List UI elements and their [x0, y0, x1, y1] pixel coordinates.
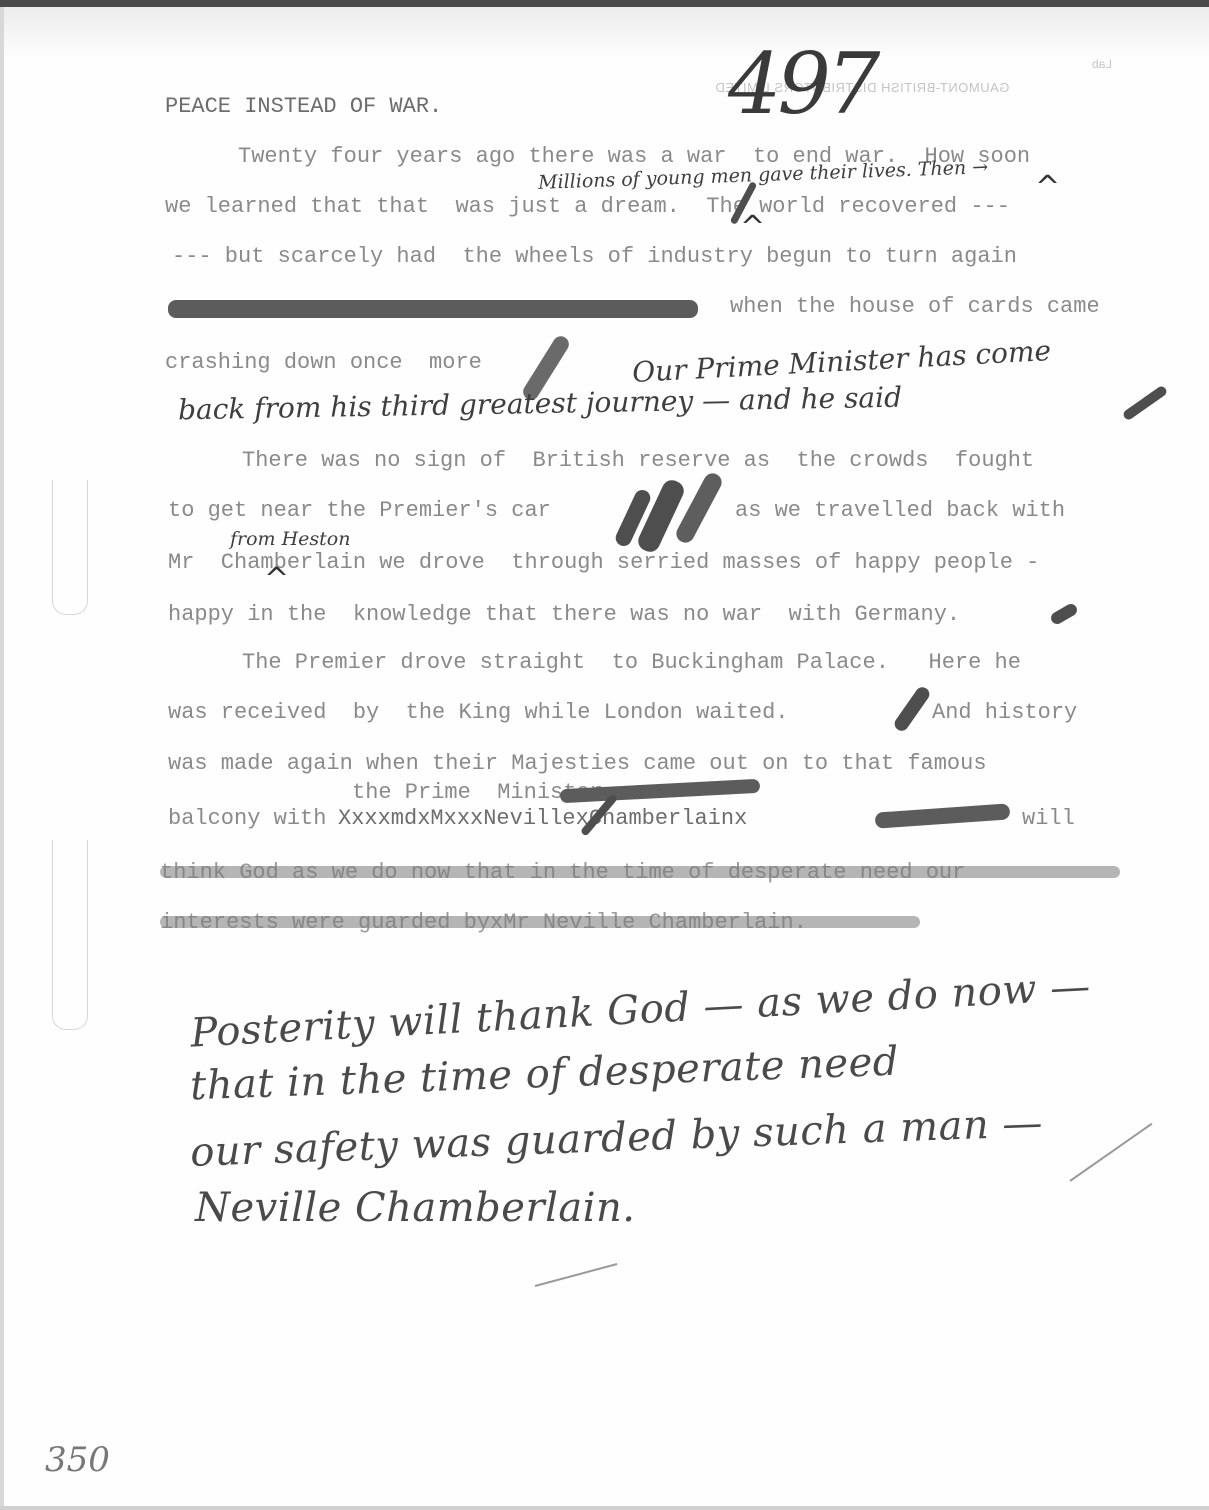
- typed-line-12: was made again when their Majesties came…: [168, 753, 987, 775]
- typed-line-9: happy in the knowledge that there was no…: [168, 604, 960, 626]
- scan-bottom-edge: [0, 1506, 1209, 1510]
- typed-line-8: Mr Chamberlain we drove through serried …: [168, 552, 1039, 574]
- strike-through-line: [160, 866, 1120, 878]
- handwritten-insertion-prime-minister: Our Prime Minister has come: [632, 337, 1052, 387]
- pen-stroke: [535, 1263, 618, 1287]
- binder-hole-mark: [52, 840, 88, 1030]
- strike-through-mark: [892, 685, 932, 734]
- typed-line-4: when the house of cards came: [730, 296, 1100, 318]
- handwritten-closing-line-4: Neville Chamberlain.: [195, 1188, 636, 1228]
- typed-struck-name: XxxxmdxMxxxNevillexChamberlainx: [338, 808, 747, 830]
- typed-line-3: --- but scarcely had the wheels of indus…: [172, 246, 1017, 268]
- scan-top-border: [0, 0, 1209, 7]
- handwritten-closing-line-3: our safety was guarded by such a man —: [190, 1103, 1044, 1173]
- archive-stamp-corner: Lab: [1092, 57, 1112, 71]
- redaction-bar: [168, 300, 698, 318]
- document-page: GAUMONT-BRITISH DISTRIBUTORS LIMITED Lab…: [0, 0, 1209, 1510]
- scan-top-shading: [0, 7, 1209, 57]
- redaction-bar: [875, 803, 1011, 828]
- typed-line-2: we learned that that was just a dream. T…: [165, 196, 1010, 218]
- handwritten-insertion-journey: back from his third greatest journey — a…: [178, 384, 902, 425]
- typed-line-11a: was received by the King while London wa…: [168, 702, 789, 724]
- strike-through-mark: [1122, 385, 1169, 422]
- insertion-caret-icon: ^: [264, 562, 289, 597]
- insertion-caret-icon: ^: [740, 210, 765, 245]
- typed-line-11b: And history: [932, 702, 1077, 724]
- handwritten-closing-line-1: Posterity will thank God — as we do now …: [190, 966, 1092, 1053]
- strike-through-line: [160, 916, 920, 928]
- strike-through-mark: [1049, 602, 1079, 626]
- typed-line-6: There was no sign of British reserve as …: [242, 450, 1034, 472]
- typed-line-13b: will: [1022, 808, 1075, 830]
- typed-line-5: crashing down once more: [165, 352, 482, 374]
- handwritten-page-number: 497: [728, 42, 876, 126]
- handwritten-insertion-heston: from Heston: [230, 530, 351, 549]
- strike-through-mark: [673, 470, 725, 546]
- pen-stroke: [1069, 1123, 1152, 1182]
- typed-line-10: The Premier drove straight to Buckingham…: [242, 652, 1021, 674]
- strike-through-mark: [635, 477, 687, 555]
- handwritten-corner-note: 350: [45, 1440, 110, 1480]
- typed-line-13a: balcony with: [168, 808, 326, 830]
- binder-hole-mark: [52, 480, 88, 615]
- insertion-caret-icon: ^: [1035, 170, 1060, 205]
- handwritten-closing-line-2: that in the time of desperate need: [190, 1042, 900, 1107]
- scan-left-edge: [0, 7, 4, 1507]
- typed-line-7a: to get near the Premier's car: [168, 500, 551, 522]
- document-title: PEACE INSTEAD OF WAR.: [165, 96, 442, 118]
- typed-line-7b: as we travelled back with: [735, 500, 1065, 522]
